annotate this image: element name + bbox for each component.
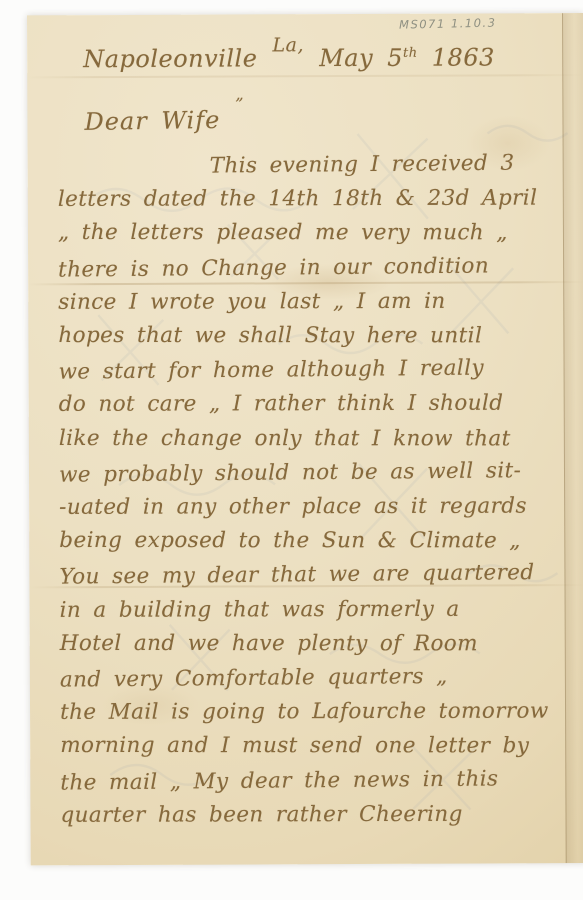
letter-line: You see my dear that we are quartered [59, 556, 571, 595]
letter-line: letters dated the 14th 18th & 23d April [58, 182, 570, 218]
archive-catalog-number: MS071 1.10.3 [399, 16, 497, 32]
letter-line: being exposed to the Sun & Climate „ [59, 524, 571, 559]
letter-line: and very Comfortable quarters „ [60, 659, 572, 698]
letter-paper: MS071 1.10.3 Napoleonville La, May 5th 1… [27, 13, 583, 865]
heading-insertion-la: La, [272, 34, 304, 56]
letter-line: do not care „ I rather think I should [59, 387, 571, 423]
letter-line: This evening I received 3 [210, 146, 570, 184]
letter-line: quarter has been rather Cheering [60, 797, 572, 833]
letter-line: Hotel and we have plenty of Room [60, 627, 572, 662]
heading-place: Napoleonville [83, 44, 257, 73]
letter-line: we start for home although I really [58, 351, 570, 390]
letter-line: we probably should not be as well sit- [59, 454, 571, 493]
letter-body: This evening I received 3 letters dated … [58, 147, 573, 833]
letter-line: in a building that was formerly a [60, 592, 572, 628]
letter-line: hopes that we shall Stay here until [58, 319, 570, 354]
heading-date: May 5 [319, 44, 403, 72]
letter-line: since I wrote you last „ I am in [58, 284, 570, 320]
letter-line: like the change only that I know that [59, 422, 571, 457]
letter-line: morning and I must send one letter by [60, 729, 572, 764]
letter-line: the Mail is going to Lafourche tomorrow [60, 695, 572, 731]
scanned-letter-page: MS071 1.10.3 Napoleonville La, May 5th 1… [0, 0, 583, 900]
letter-line: the mail „ My dear the news in this [60, 761, 572, 800]
heading-year: 1863 [432, 43, 495, 71]
salutation: Dear Wife [84, 106, 220, 136]
heading-date-ordinal: th [403, 46, 418, 61]
letter-line: -uated in any other place as it regards [59, 490, 571, 526]
letter-heading: Napoleonville La, May 5th 1863 „ [83, 43, 495, 73]
insertion-caret-mark: „ [235, 84, 244, 103]
letter-line: there is no Change in our condition [58, 248, 570, 287]
letter-line: „ the letters pleased me very much „ [58, 216, 570, 251]
